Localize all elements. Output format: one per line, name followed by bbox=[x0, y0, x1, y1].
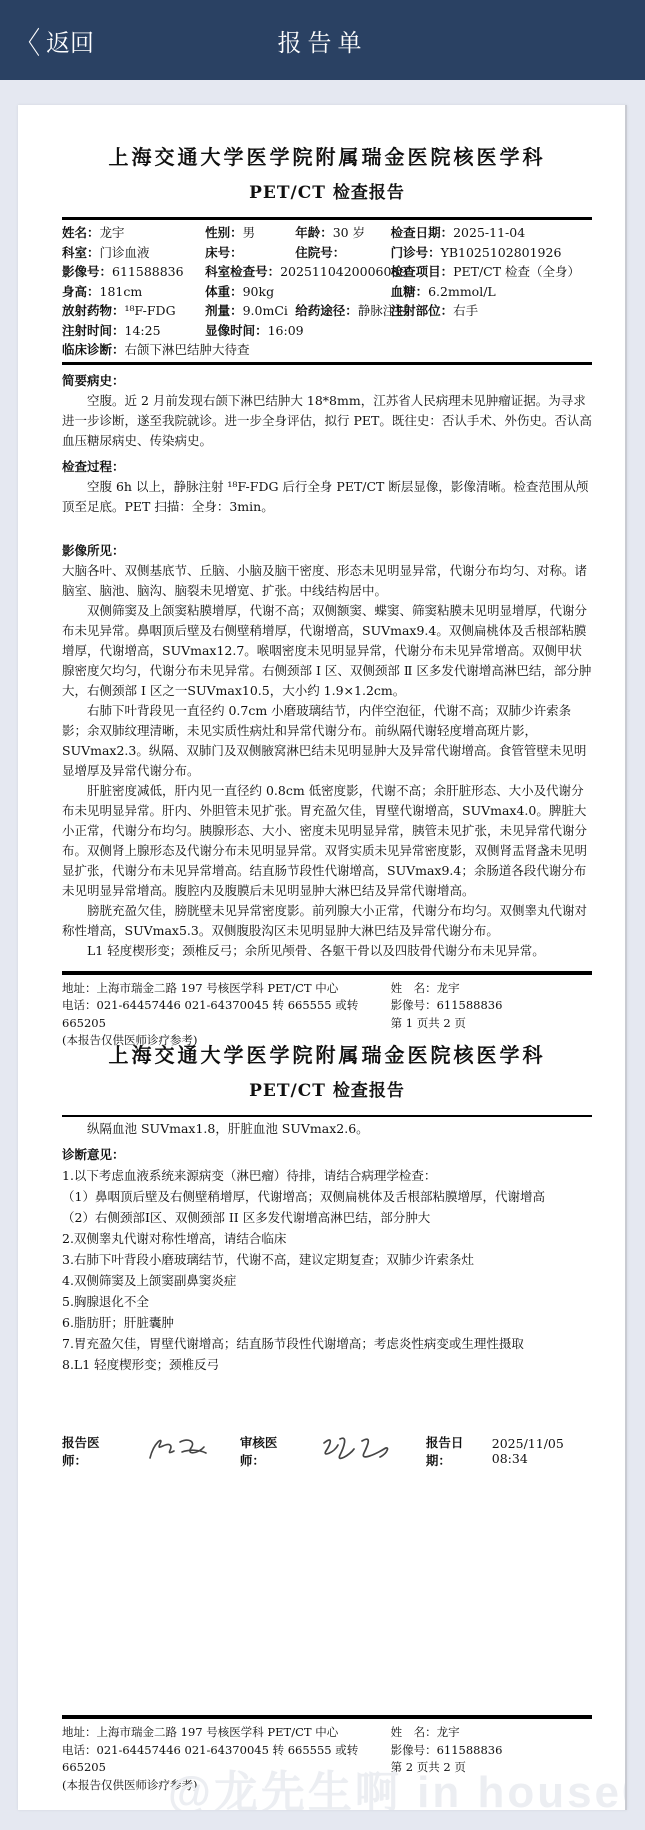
field-label: 注射时间： bbox=[62, 323, 125, 338]
field-label: 门诊号： bbox=[391, 245, 441, 260]
field-label: 床号： bbox=[205, 245, 243, 260]
outpatient-no: YB1025102801926 bbox=[441, 245, 562, 260]
impression-list: 1.以下考虑血液系统来源病变（淋巴瘤）待排，请结合病理学检查： （1）鼻咽顶后壁… bbox=[62, 1165, 592, 1375]
history-text: 空腹。近 2 月前发现右颌下淋巴结肿大 18*8mm，江苏省人民病理未见肿瘤证据… bbox=[62, 391, 592, 451]
blood-glucose: 6.2mmol/L bbox=[428, 284, 496, 299]
impression-item: 3.右肺下叶背段小磨玻璃结节，代谢不高，建议定期复查；双肺少许索条灶 bbox=[62, 1249, 592, 1270]
report-date: 2025/11/05 08:34 bbox=[492, 1436, 592, 1466]
impression-item: 7.胃充盈欠佳，胃壁代谢增高；结直肠节段性代谢增高；考虑炎性病变或生理性摄取 bbox=[62, 1333, 592, 1354]
section-impression-label: 诊断意见： bbox=[62, 1145, 592, 1165]
footer-note: (本报告仅供医师诊疗参考) bbox=[62, 1777, 391, 1795]
report-doctor-label: 报告医师： bbox=[62, 1433, 118, 1469]
footer-divider bbox=[62, 971, 592, 975]
footer-divider bbox=[62, 1715, 592, 1719]
report-page-1: 上海交通大学医学院附属瑞金医院核医学科 PET/CT 检查报告 姓名：龙宇 性别… bbox=[18, 105, 625, 995]
divider bbox=[62, 362, 592, 365]
signature-row: 报告医师： 审核医师： 报告日期： 2025/11/05 08:34 bbox=[62, 1431, 592, 1470]
patient-height: 181cm bbox=[100, 284, 143, 299]
field-label: 住院号： bbox=[295, 245, 345, 260]
review-doctor-label: 审核医师： bbox=[240, 1433, 296, 1469]
impression-item: 4.双侧筛窦及上颌窦副鼻窦炎症 bbox=[62, 1270, 592, 1291]
field-label: 血糖： bbox=[391, 284, 429, 299]
impression-item: 6.脂肪肝；肝脏囊肿 bbox=[62, 1312, 592, 1333]
field-label: 性别： bbox=[205, 225, 243, 240]
patient-name: 龙宇 bbox=[100, 225, 125, 240]
divider bbox=[62, 1115, 592, 1117]
impression-item: （1）鼻咽顶后壁及右侧壁稍增厚，代谢增高；双侧扁桃体及舌根部粘膜增厚，代谢增高 bbox=[62, 1186, 592, 1207]
exam-date: 2025-11-04 bbox=[453, 225, 525, 240]
page-title: 报告单 bbox=[0, 23, 645, 58]
findings-section: 大脑各叶、双侧基底节、丘脑、小脑及脑干密度、形态未见明显异常，代谢分布均匀、对称… bbox=[62, 561, 592, 961]
findings-paragraph: 膀胱充盈欠佳，膀胱壁未见异常密度影。前列腺大小正常，代谢分布均匀。双侧睾丸代谢对… bbox=[62, 901, 592, 941]
report-card: 上海交通大学医学院附属瑞金医院核医学科 PET/CT 检查报告 姓名：龙宇 性别… bbox=[18, 105, 627, 1810]
findings-paragraph: 右肺下叶背段见一直径约 0.7cm 小磨玻璃结节，内伴空泡征，代谢不高；双肺少许… bbox=[62, 701, 592, 781]
field-label: 姓名： bbox=[62, 225, 100, 240]
back-label: 返回 bbox=[46, 23, 94, 58]
report-date-label: 报告日期： bbox=[426, 1433, 482, 1469]
footer-patient-name: 姓 名：龙宇 bbox=[391, 1724, 592, 1742]
hospital-name: 上海交通大学医学院附属瑞金医院核医学科 bbox=[62, 141, 592, 170]
findings-paragraph: 双侧筛窦及上颌窦粘膜增厚，代谢不高；双侧额窦、蝶窦、筛窦粘膜未见明显增厚，代谢分… bbox=[62, 601, 592, 701]
footer-image-no: 影像号：611588836 bbox=[391, 1742, 592, 1760]
injection-time: 14:25 bbox=[125, 323, 161, 338]
dose: 9.0mCi bbox=[243, 303, 288, 318]
impression-item: 2.双侧睾丸代谢对称性增高，请结合临床 bbox=[62, 1228, 592, 1249]
divider bbox=[62, 217, 592, 220]
report-title: PET/CT 检查报告 bbox=[62, 1076, 592, 1101]
section-procedure-label: 检查过程： bbox=[62, 457, 592, 477]
impression-item: 5.胸腺退化不全 bbox=[62, 1291, 592, 1312]
patient-info-table: 姓名：龙宇 性别：男 年龄：30 岁 检查日期：2025-11-04 科室：门诊… bbox=[62, 223, 592, 360]
patient-weight: 90kg bbox=[243, 284, 274, 299]
field-label: 临床诊断： bbox=[62, 342, 125, 357]
field-label: 身高： bbox=[62, 284, 100, 299]
patient-dept: 门诊血液 bbox=[100, 245, 150, 260]
field-label: 检查项目： bbox=[391, 264, 454, 279]
findings-paragraph: 大脑各叶、双侧基底节、丘脑、小脑及脑干密度、形态未见明显异常，代谢分布均匀、对称… bbox=[62, 561, 592, 601]
patient-sex: 男 bbox=[243, 225, 256, 240]
findings-paragraph: 肝脏密度减低，肝内见一直径约 0.8cm 低密度影，代谢不高；余肝脏形态、大小及… bbox=[62, 781, 592, 901]
review-doctor-signature bbox=[314, 1431, 400, 1470]
footer-phone: 电话：021-64457446 021-64370045 转 665555 或转… bbox=[62, 1742, 391, 1777]
impression-item: 1.以下考虑血液系统来源病变（淋巴瘤）待排，请结合病理学检查： bbox=[62, 1165, 592, 1186]
imaging-time: 16:09 bbox=[268, 323, 304, 338]
findings-paragraph: L1 轻度楔形变；颈椎反弓；余所见颅骨、各躯干骨以及四肢骨代谢分布未见异常。 bbox=[62, 941, 592, 961]
section-findings-label: 影像所见： bbox=[62, 541, 592, 561]
report-title: PET/CT 检查报告 bbox=[62, 178, 592, 203]
field-label: 给药途径： bbox=[295, 303, 358, 318]
field-label: 注射部位： bbox=[391, 303, 454, 318]
footer-address: 地址：上海市瑞金二路 197 号核医学科 PET/CT 中心 bbox=[62, 1724, 391, 1742]
field-label: 科室： bbox=[62, 245, 100, 260]
back-chevron-icon: 〈 bbox=[16, 18, 40, 62]
nav-bar: 〈 返回 报告单 bbox=[0, 0, 645, 80]
field-label: 影像号： bbox=[62, 264, 112, 279]
section-history-label: 简要病史： bbox=[62, 371, 592, 391]
impression-item: 8.L1 轻度楔形变；颈椎反弓 bbox=[62, 1354, 592, 1375]
report-page-2: 上海交通大学医学院附属瑞金医院核医学科 PET/CT 检查报告 纵隔血池 SUV… bbox=[18, 995, 625, 1810]
field-label: 年龄： bbox=[295, 225, 333, 240]
clinical-diagnosis: 右颌下淋巴结肿大待查 bbox=[125, 342, 250, 357]
bloodpool-text: 纵隔血池 SUVmax1.8，肝脏血池 SUVmax2.6。 bbox=[62, 1119, 592, 1139]
field-label: 放射药物： bbox=[62, 303, 125, 318]
field-label: 剂量： bbox=[205, 303, 243, 318]
injection-site: 右手 bbox=[453, 303, 478, 318]
impression-item: （2）右侧颈部Ⅰ区、双侧颈部 II 区多发代谢增高淋巴结，部分肿大 bbox=[62, 1207, 592, 1228]
dept-exam-no: 2025110420006089 bbox=[280, 264, 407, 279]
page-footer: 地址：上海市瑞金二路 197 号核医学科 PET/CT 中心 电话：021-64… bbox=[62, 1724, 592, 1794]
report-doctor-signature bbox=[136, 1432, 214, 1469]
patient-age: 30 岁 bbox=[333, 225, 365, 240]
page2-spacer bbox=[62, 1470, 592, 1705]
procedure-text: 空腹 6h 以上，静脉注射 ¹⁸F-FDG 后行全身 PET/CT 断层显像，影… bbox=[62, 477, 592, 517]
exam-item: PET/CT 检查（全身） bbox=[453, 264, 580, 279]
hospital-name: 上海交通大学医学院附属瑞金医院核医学科 bbox=[62, 1039, 592, 1068]
footer-page-number: 第 2 页共 2 页 bbox=[391, 1759, 592, 1777]
field-label: 检查日期： bbox=[391, 225, 454, 240]
field-label: 科室检查号： bbox=[205, 264, 280, 279]
field-label: 体重： bbox=[205, 284, 243, 299]
image-no: 611588836 bbox=[112, 264, 184, 279]
field-label: 显像时间： bbox=[205, 323, 268, 338]
tracer: ¹⁸F-FDG bbox=[125, 303, 176, 318]
back-button[interactable]: 〈 返回 bbox=[16, 0, 94, 80]
